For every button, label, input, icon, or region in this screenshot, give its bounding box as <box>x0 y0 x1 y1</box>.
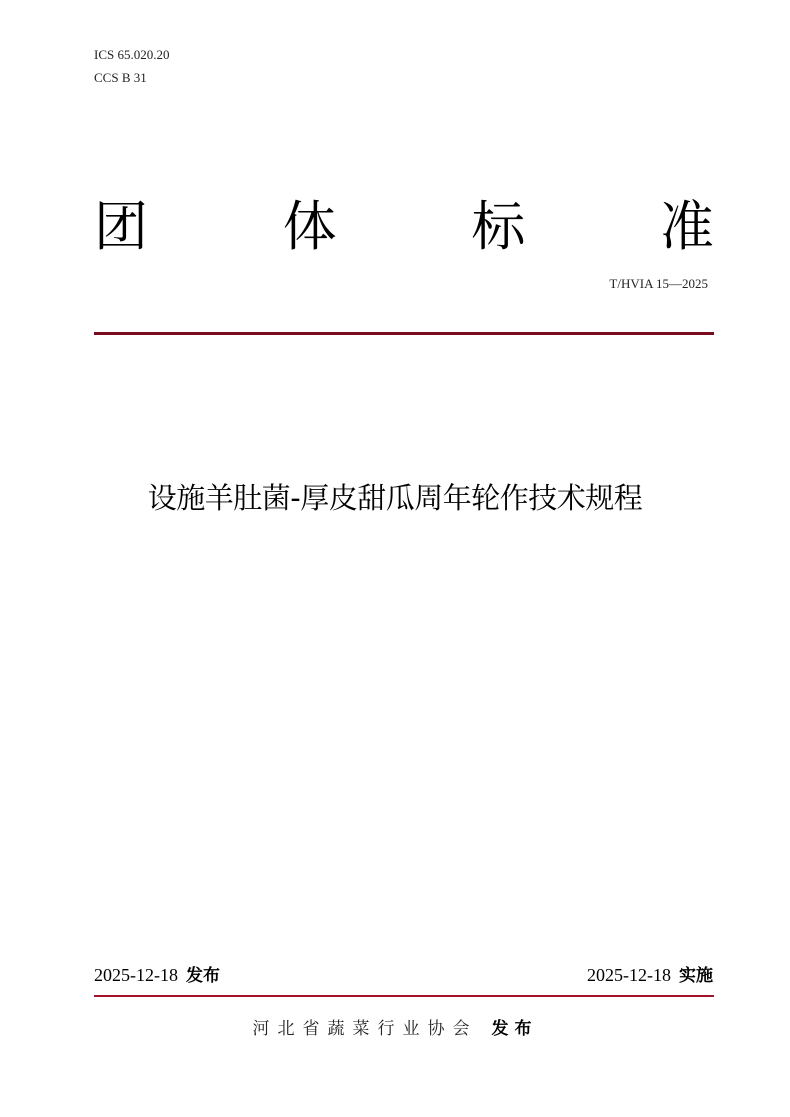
masthead-char: 标 <box>471 192 525 262</box>
publisher-line: 河北省蔬菜行业协会发布 <box>0 1015 790 1043</box>
publisher-name: 河北省蔬菜行业协会 <box>253 1019 478 1039</box>
effective-date: 2025-12-18 <box>587 965 671 985</box>
publish-date: 2025-12-18 <box>94 965 178 985</box>
effective-date-line: 2025-12-18实施 <box>587 962 713 989</box>
masthead-char: 体 <box>283 192 337 262</box>
masthead-char: 团 <box>94 192 148 262</box>
publish-label: 发布 <box>186 966 220 986</box>
ics-code: ICS 65.020.20 <box>94 47 169 63</box>
masthead-title: 团 体 标 准 <box>94 192 714 262</box>
masthead-char: 准 <box>660 192 714 262</box>
top-divider <box>94 332 714 335</box>
publisher-action: 发布 <box>492 1019 538 1039</box>
ccs-code: CCS B 31 <box>94 70 147 86</box>
publish-date-line: 2025-12-18发布 <box>94 962 220 989</box>
bottom-divider <box>94 995 714 997</box>
document-title: 设施羊肚菌-厚皮甜瓜周年轮作技术规程 <box>0 478 790 518</box>
effective-label: 实施 <box>679 966 713 986</box>
standard-number: T/HVIA 15—2025 <box>609 276 708 292</box>
